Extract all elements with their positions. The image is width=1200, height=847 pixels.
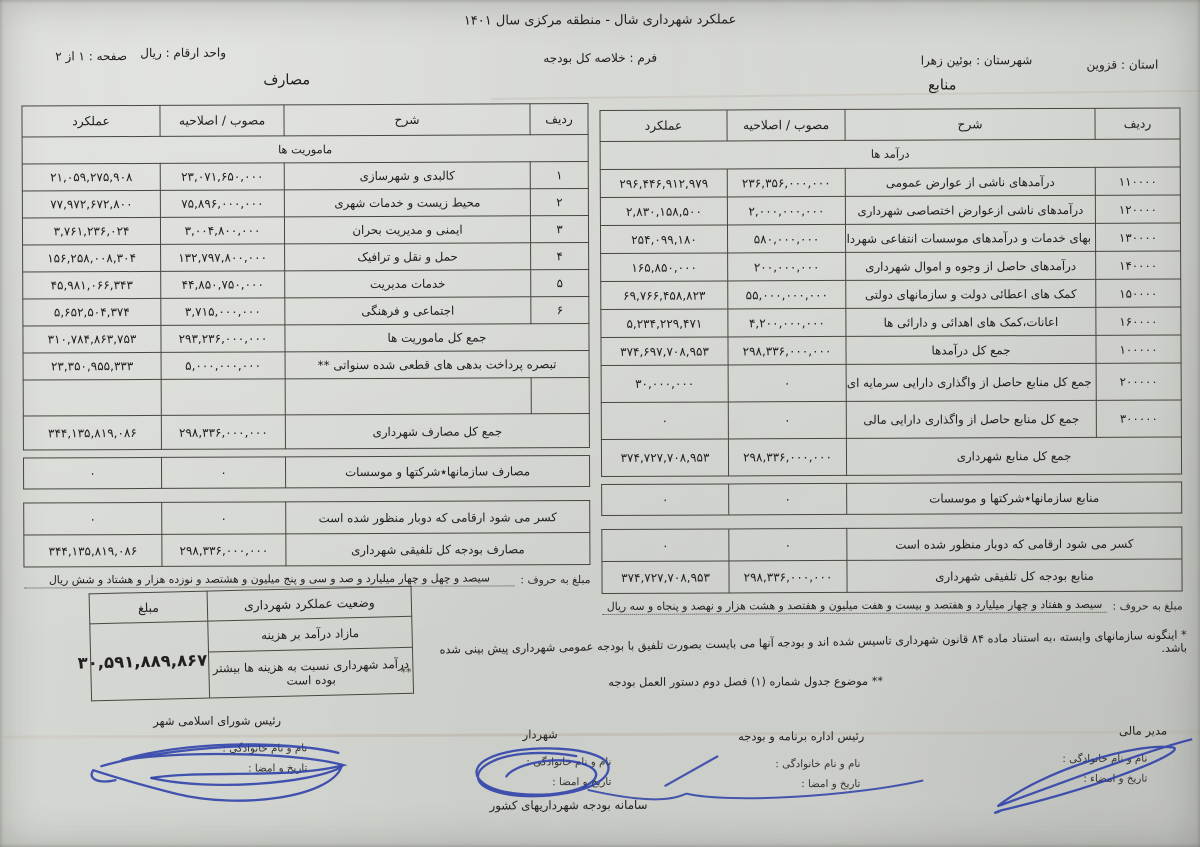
table-row: مصارف بودجه کل تلفیقی شهرداری۲۹۸,۳۳۶,۰۰۰…: [24, 533, 590, 567]
approved-amount: ۲۹۸,۳۳۶,۰۰۰,۰۰۰: [728, 438, 846, 476]
table-body: کسر می شود ارقامی که دوبار منظور شده است…: [602, 527, 1182, 594]
performance-amount: ۳۱۰,۷۸۴,۸۶۳,۷۵۳: [23, 325, 161, 353]
row-code: ۳۰۰۰۰۰: [1096, 400, 1181, 437]
table-row: ۱۰۰۰۰۰جمع کل درآمدها۲۹۸,۳۳۶,۰۰۰,۰۰۰۳۷۴,۶…: [601, 335, 1181, 366]
performance-amount: ۴۵,۹۸۱,۰۶۶,۳۴۳: [23, 271, 161, 299]
row-code: ۱۰۰۰۰۰: [1096, 335, 1181, 363]
row-code: ۴: [531, 243, 589, 270]
scanned-budget-document: عملکرد شهرداری شال - منطقه مرکزی سال ۱۴۰…: [0, 0, 1200, 847]
table-row: درآمد ها: [600, 139, 1180, 170]
expenses-table: ردیف شرح مصوب / اصلاحیه عملکرد ماموریت ه…: [21, 103, 589, 450]
table-row: جمع کل ماموریت ها۲۹۳,۲۳۶,۰۰۰,۰۰۰۳۱۰,۷۸۴,…: [23, 324, 589, 353]
page-number: صفحه : ۱ از ۲: [55, 49, 127, 63]
summary-amount-header: مبلغ: [89, 591, 208, 624]
row-code: ۱۵۰۰۰۰: [1096, 279, 1181, 307]
performance-amount: ۲۵۴,۰۹۹,۱۸۰: [600, 225, 727, 254]
signature-block-budget-office-head: رئیس اداره برنامه و بودجه نام و نام خانو…: [696, 729, 906, 791]
table-row: تبصره پرداخت بدهی های قطعی شده سنواتی **…: [23, 351, 589, 380]
performance-amount: ۰: [601, 402, 728, 440]
row-code: ۱۴۰۰۰۰: [1096, 251, 1181, 279]
expenses-section-title: مصارف: [263, 72, 310, 88]
table-row: ۲محیط زیست و خدمات شهری۷۵,۸۹۶,۰۰۰,۰۰۰۷۷,…: [22, 189, 588, 218]
row-description: کمک های اعطائی دولت و سازمانهای دولتی: [846, 279, 1096, 308]
row-code: ۲: [530, 189, 588, 216]
table-row: ۱۳۰۰۰۰بهای خدمات و درآمدهای موسسات انتفا…: [600, 223, 1180, 254]
performance-amount: ۰: [602, 529, 729, 562]
approved-amount: ۲۹۸,۳۳۶,۰۰۰,۰۰۰: [162, 534, 286, 567]
approved-amount: ۰: [728, 401, 846, 439]
performance-amount: ۲۹۶,۴۴۶,۹۱۲,۹۷۹: [600, 169, 727, 198]
row-description: ایمنی و مدیریت بحران: [284, 216, 530, 244]
summary-table: وضعیت عملکرد شهرداری مبلغ مازاد درآمد بر…: [89, 586, 414, 702]
performance-amount: ۲۳,۳۵۰,۹۵۵,۳۳۳: [23, 352, 161, 380]
amount-in-words-label: مبلغ به حروف :: [520, 573, 590, 586]
table-row: ۱کالبدی و شهرسازی۲۳,۰۷۱,۶۵۰,۰۰۰۲۱,۰۵۹,۲۷…: [22, 162, 588, 191]
table-row: ۵خدمات مدیریت۴۴,۸۵۰,۷۵۰,۰۰۰۴۵,۹۸۱,۰۶۶,۳۴…: [23, 270, 589, 299]
row-code: ۵: [531, 270, 589, 297]
col-header-code: ردیف: [1095, 108, 1180, 139]
performance-amount: ۰: [23, 457, 161, 489]
approved-amount: ۷۵,۸۹۶,۰۰۰,۰۰۰: [160, 190, 284, 218]
section-label: درآمد ها: [600, 139, 1180, 170]
empty-cell: [531, 378, 589, 414]
table-body: منابع سازمانها٭شرکتها و موسسات۰۰: [602, 482, 1182, 516]
row-code: ۱۳۰۰۰۰: [1095, 223, 1180, 251]
performance-amount: ۳۴۴,۱۳۵,۸۱۹,۰۸۶: [23, 415, 161, 450]
table-body: درآمد ها۱۱۰۰۰۰درآمدهای ناشی از عوارض عمو…: [600, 139, 1181, 477]
row-description: جمع کل منابع حاصل از واگذاری دارایی سرما…: [846, 363, 1096, 401]
name-label: نام و نام خانوادگی :: [696, 758, 860, 771]
row-description: جمع کل درآمدها: [846, 335, 1096, 364]
expenses-organizations-table: مصارف سازمانها٭شرکتها و موسسات۰۰: [23, 455, 590, 489]
amount-in-words-text: سیصد و چهل و چهار میلیارد و صد و سی و پن…: [24, 571, 514, 588]
approved-amount: ۴۴,۸۵۰,۷۵۰,۰۰۰: [161, 271, 285, 299]
table-row: ۱۶۰۰۰۰اعانات،کمک های اهدائی و دارائی ها۴…: [601, 307, 1181, 338]
approved-amount: ۲,۰۰۰,۰۰۰,۰۰۰: [727, 196, 845, 225]
empty-cell: [23, 379, 161, 416]
approved-amount: ۳,۰۰۴,۸۰۰,۰۰۰: [160, 217, 284, 245]
row-description: جمع کل مصارف شهرداری: [285, 414, 589, 449]
approved-amount: ۲۳,۰۷۱,۶۵۰,۰۰۰: [160, 163, 284, 191]
table-row: ۴حمل و نقل و ترافیک۱۳۲,۷۹۷,۸۰۰,۰۰۰۱۵۶,۲۵…: [23, 243, 589, 272]
table-row: ۳۰۰۰۰۰جمع کل منابع حاصل از واگذاری دارای…: [601, 400, 1181, 440]
table-row: ۳ایمنی و مدیریت بحران۳,۰۰۴,۸۰۰,۰۰۰۳,۷۶۱,…: [22, 216, 588, 245]
row-description: خدمات مدیریت: [285, 270, 531, 298]
table-row: ماموریت ها: [22, 135, 588, 164]
expenses-consolidated-table: کسر می شود ارقامی که دوبار منظور شده است…: [23, 500, 590, 567]
performance-amount: ۱۶۵,۸۵۰,۰۰۰: [601, 253, 728, 282]
performance-amount: ۶۹,۷۶۶,۴۵۸,۸۲۳: [601, 281, 728, 310]
date-signature-label: تاریخ و امضاء :: [997, 773, 1147, 786]
currency-unit-label: واحد ارقام : ریال: [140, 46, 226, 60]
performance-amount: ۳,۷۶۱,۲۳۶,۰۲۴: [22, 217, 160, 245]
row-description: درآمدهای حاصل از وجوه و اموال شهرداری: [846, 251, 1096, 280]
approved-amount: ۵۵,۰۰۰,۰۰۰,۰۰۰: [728, 280, 846, 309]
table-row: ۲۰۰۰۰۰جمع کل منابع حاصل از واگذاری دارای…: [601, 363, 1181, 403]
col-header-approved: مصوب / اصلاحیه: [160, 105, 284, 137]
row-description: کالبدی و شهرسازی: [284, 162, 530, 190]
footnote-organizations: * اینگونه سازمانهای وابسته ،به استناد ما…: [439, 628, 1187, 669]
col-header-performance: عملکرد: [22, 105, 160, 137]
system-footer: سامانه بودجه شهرداریهای کشور: [423, 798, 713, 813]
date-signature-label: تاریخ و امضا :: [435, 776, 611, 789]
performance-amount: ۳۷۴,۷۲۷,۷۰۸,۹۵۳: [602, 561, 729, 594]
performance-amount: ۲,۸۳۰,۱۵۸,۵۰۰: [600, 197, 727, 226]
amount-in-words-text: سیصد و هفتاد و چهار میلیارد و هفتصد و بی…: [603, 598, 1107, 615]
approved-amount: ۲۳۶,۳۵۶,۰۰۰,۰۰۰: [727, 168, 845, 197]
surplus-amount: ۳۰,۵۹۱,۸۸۹,۸۶۷: [90, 621, 210, 701]
approved-amount: ۳,۷۱۵,۰۰۰,۰۰۰: [161, 298, 285, 326]
performance-amount: ۰: [24, 502, 162, 535]
signature-block-council-head: رئیس شورای اسلامی شهر نام و نام خانوادگی…: [101, 713, 333, 775]
performance-amount: ۳۴۴,۱۳۵,۸۱۹,۰۸۶: [24, 534, 162, 567]
performance-amount: ۱۵۶,۲۵۸,۰۰۸,۳۰۴: [23, 244, 161, 272]
row-description: اعانات،کمک های اهدائی و دارائی ها: [846, 307, 1096, 336]
row-description: اجتماعی و فرهنگی: [285, 297, 531, 325]
table-row: کسر می شود ارقامی که دوبار منظور شده است…: [24, 501, 590, 535]
county-label: شهرستان : بوئین زهرا: [921, 53, 1033, 67]
row-description: جمع کل منابع حاصل از واگذاری دارایی مالی: [846, 400, 1096, 438]
row-description: منابع بودجه کل تلفیقی شهرداری: [847, 559, 1182, 592]
date-signature-label: تاریخ و امضا :: [101, 762, 307, 775]
approved-amount: ۲۹۸,۳۳۶,۰۰۰,۰۰۰: [729, 560, 847, 593]
col-header-desc: شرح: [284, 104, 530, 136]
resources-table: ردیف شرح مصوب / اصلاحیه عملکرد درآمد ها۱…: [599, 107, 1182, 477]
province-label: استان : قزوین: [1086, 58, 1158, 72]
surplus-label: مازاد درآمد بر هزینه: [208, 616, 413, 652]
col-header-performance: عملکرد: [600, 110, 727, 142]
performance-amount: ۳۰,۰۰۰,۰۰۰: [601, 365, 728, 403]
row-description: منابع سازمانها٭شرکتها و موسسات: [847, 482, 1182, 514]
approved-amount: ۲۰۰,۰۰۰,۰۰۰: [728, 252, 846, 281]
row-description: حمل و نقل و ترافیک: [285, 243, 531, 271]
signatory-title: رئیس شورای اسلامی شهر: [101, 713, 333, 728]
col-header-code: ردیف: [530, 104, 588, 135]
table-row: [23, 378, 589, 416]
table-row: مصارف سازمانها٭شرکتها و موسسات۰۰: [23, 456, 589, 489]
summary-title: وضعیت عملکرد شهرداری: [207, 586, 412, 621]
table-header-row: ردیف شرح مصوب / اصلاحیه عملکرد: [600, 108, 1180, 142]
row-description: محیط زیست و خدمات شهری: [284, 189, 530, 217]
performance-amount: ۵,۶۵۲,۵۰۴,۳۷۴: [23, 298, 161, 326]
row-code: ۶: [531, 297, 589, 324]
table-header-row: ردیف شرح مصوب / اصلاحیه عملکرد: [22, 104, 588, 137]
performance-amount: ۵,۲۳۴,۲۲۹,۴۷۱: [601, 309, 728, 338]
row-code: ۱: [530, 162, 588, 189]
table-row: ۱۴۰۰۰۰درآمدهای حاصل از وجوه و اموال شهرد…: [601, 251, 1181, 282]
approved-amount: ۰: [162, 502, 286, 535]
name-label: نام و نام خانوادگی :: [997, 753, 1147, 766]
performance-amount: ۲۱,۰۵۹,۲۷۵,۹۰۸: [22, 163, 160, 191]
document-title: عملکرد شهرداری شال - منطقه مرکزی سال ۱۴۰…: [0, 10, 1200, 30]
table-body: کسر می شود ارقامی که دوبار منظور شده است…: [24, 501, 590, 567]
footnote-mark: **: [400, 666, 411, 679]
table-row: ۱۵۰۰۰۰کمک های اعطائی دولت و سازمانهای دو…: [601, 279, 1181, 310]
table-body: ماموریت ها۱کالبدی و شهرسازی۲۳,۰۷۱,۶۵۰,۰۰…: [22, 135, 589, 450]
table-row: جمع کل مصارف شهرداری۲۹۸,۳۳۶,۰۰۰,۰۰۰۳۴۴,۱…: [23, 414, 589, 450]
scan-crease: [490, 90, 1200, 100]
table-row: جمع کل منابع شهرداری۲۹۸,۳۳۶,۰۰۰,۰۰۰۳۷۴,۷…: [601, 437, 1181, 477]
row-code: ۲۰۰۰۰۰: [1096, 363, 1181, 400]
approved-amount: ۰: [729, 483, 847, 515]
approved-amount: ۰: [161, 457, 285, 489]
approved-amount: ۴,۲۰۰,۰۰۰,۰۰۰: [728, 308, 846, 337]
section-label: ماموریت ها: [22, 135, 588, 164]
row-description: درآمدهای ناشی از عوارض عمومی: [845, 167, 1095, 196]
empty-cell: [285, 378, 531, 415]
table-row: کسر می شود ارقامی که دوبار منظور شده است…: [602, 527, 1182, 562]
expenses-amount-in-words: مبلغ به حروف : سیصد و چهل و چهار میلیارد…: [24, 571, 590, 588]
performance-amount: ۳۷۴,۷۲۷,۷۰۸,۹۵۳: [601, 439, 728, 477]
performance-amount: ۷۷,۹۷۲,۶۷۲,۸۰۰: [22, 190, 160, 218]
approved-amount: ۵۸۰,۰۰۰,۰۰۰: [727, 224, 845, 253]
row-description: کسر می شود ارقامی که دوبار منظور شده است: [847, 527, 1182, 560]
row-code: ۱۲۰۰۰۰: [1095, 195, 1180, 223]
performance-amount: ۳۷۴,۶۹۷,۷۰۸,۹۵۳: [601, 337, 728, 366]
table-row: منابع سازمانها٭شرکتها و موسسات۰۰: [602, 482, 1182, 516]
row-description: مصارف بودجه کل تلفیقی شهرداری: [286, 533, 590, 566]
performance-summary-box: وضعیت عملکرد شهرداری مبلغ مازاد درآمد بر…: [90, 586, 414, 702]
approved-amount: ۱۳۲,۷۹۷,۸۰۰,۰۰۰: [161, 244, 285, 272]
name-label: نام و نام خانوادگی :: [435, 756, 611, 769]
resources-section-title: منابع: [928, 77, 956, 93]
row-description: جمع کل ماموریت ها: [285, 324, 589, 352]
col-header-approved: مصوب / اصلاحیه: [727, 109, 845, 141]
empty-cell: [161, 379, 285, 416]
resources-organizations-table: منابع سازمانها٭شرکتها و موسسات۰۰: [601, 481, 1182, 516]
row-code: ۱۱۰۰۰۰: [1095, 167, 1180, 195]
row-description: مصارف سازمانها٭شرکتها و موسسات: [285, 456, 589, 488]
footnote-table-reference: ** موضوع جدول شماره (۱) فصل دوم دستور ال…: [608, 675, 883, 689]
performance-amount: ۰: [602, 484, 729, 516]
expenses-section: ردیف شرح مصوب / اصلاحیه عملکرد ماموریت ه…: [22, 103, 590, 588]
amount-in-words-label: مبلغ به حروف :: [1112, 599, 1182, 612]
row-description: کسر می شود ارقامی که دوبار منظور شده است: [286, 501, 590, 534]
name-label: نام و نام خانوادگی :: [101, 742, 307, 755]
table-row: منابع بودجه کل تلفیقی شهرداری۲۹۸,۳۳۶,۰۰۰…: [602, 559, 1182, 594]
resources-consolidated-table: کسر می شود ارقامی که دوبار منظور شده است…: [601, 526, 1182, 594]
approved-amount: ۰: [728, 364, 846, 402]
approved-amount: ۰: [729, 528, 847, 561]
approved-amount: ۵,۰۰۰,۰۰۰,۰۰۰: [161, 352, 285, 380]
row-description: درآمدهای ناشی ازعوارض اختصاصی شهرداری: [845, 195, 1095, 224]
row-description: بهای خدمات و درآمدهای موسسات انتفاعی شهر…: [845, 223, 1095, 252]
col-header-desc: شرح: [845, 108, 1095, 140]
table-row: ۱۲۰۰۰۰درآمدهای ناشی ازعوارض اختصاصی شهرد…: [600, 195, 1180, 226]
row-description: تبصره پرداخت بدهی های قطعی شده سنواتی **: [285, 351, 589, 379]
table-row: ۱۱۰۰۰۰درآمدهای ناشی از عوارض عمومی۲۳۶,۳۵…: [600, 167, 1180, 198]
row-code: ۳: [530, 216, 588, 243]
table-row: ۶اجتماعی و فرهنگی۳,۷۱۵,۰۰۰,۰۰۰۵,۶۵۲,۵۰۴,…: [23, 297, 589, 326]
approved-amount: ۲۹۸,۳۳۶,۰۰۰,۰۰۰: [728, 336, 846, 365]
resources-amount-in-words: مبلغ به حروف : سیصد و هفتاد و چهار میلیا…: [603, 597, 1183, 615]
row-description: جمع کل منابع شهرداری: [846, 437, 1181, 475]
surplus-note: درآمد شهرداری نسبت به هزینه ها بیشتر بود…: [208, 647, 413, 698]
table-body: مصارف سازمانها٭شرکتها و موسسات۰۰: [23, 456, 589, 489]
approved-amount: ۲۹۸,۳۳۶,۰۰۰,۰۰۰: [161, 415, 285, 450]
resources-section: ردیف شرح مصوب / اصلاحیه عملکرد درآمد ها۱…: [600, 107, 1182, 615]
approved-amount: ۲۹۳,۲۳۶,۰۰۰,۰۰۰: [161, 325, 285, 353]
date-signature-label: تاریخ و امضا :: [696, 778, 860, 791]
row-code: ۱۶۰۰۰۰: [1096, 307, 1181, 335]
